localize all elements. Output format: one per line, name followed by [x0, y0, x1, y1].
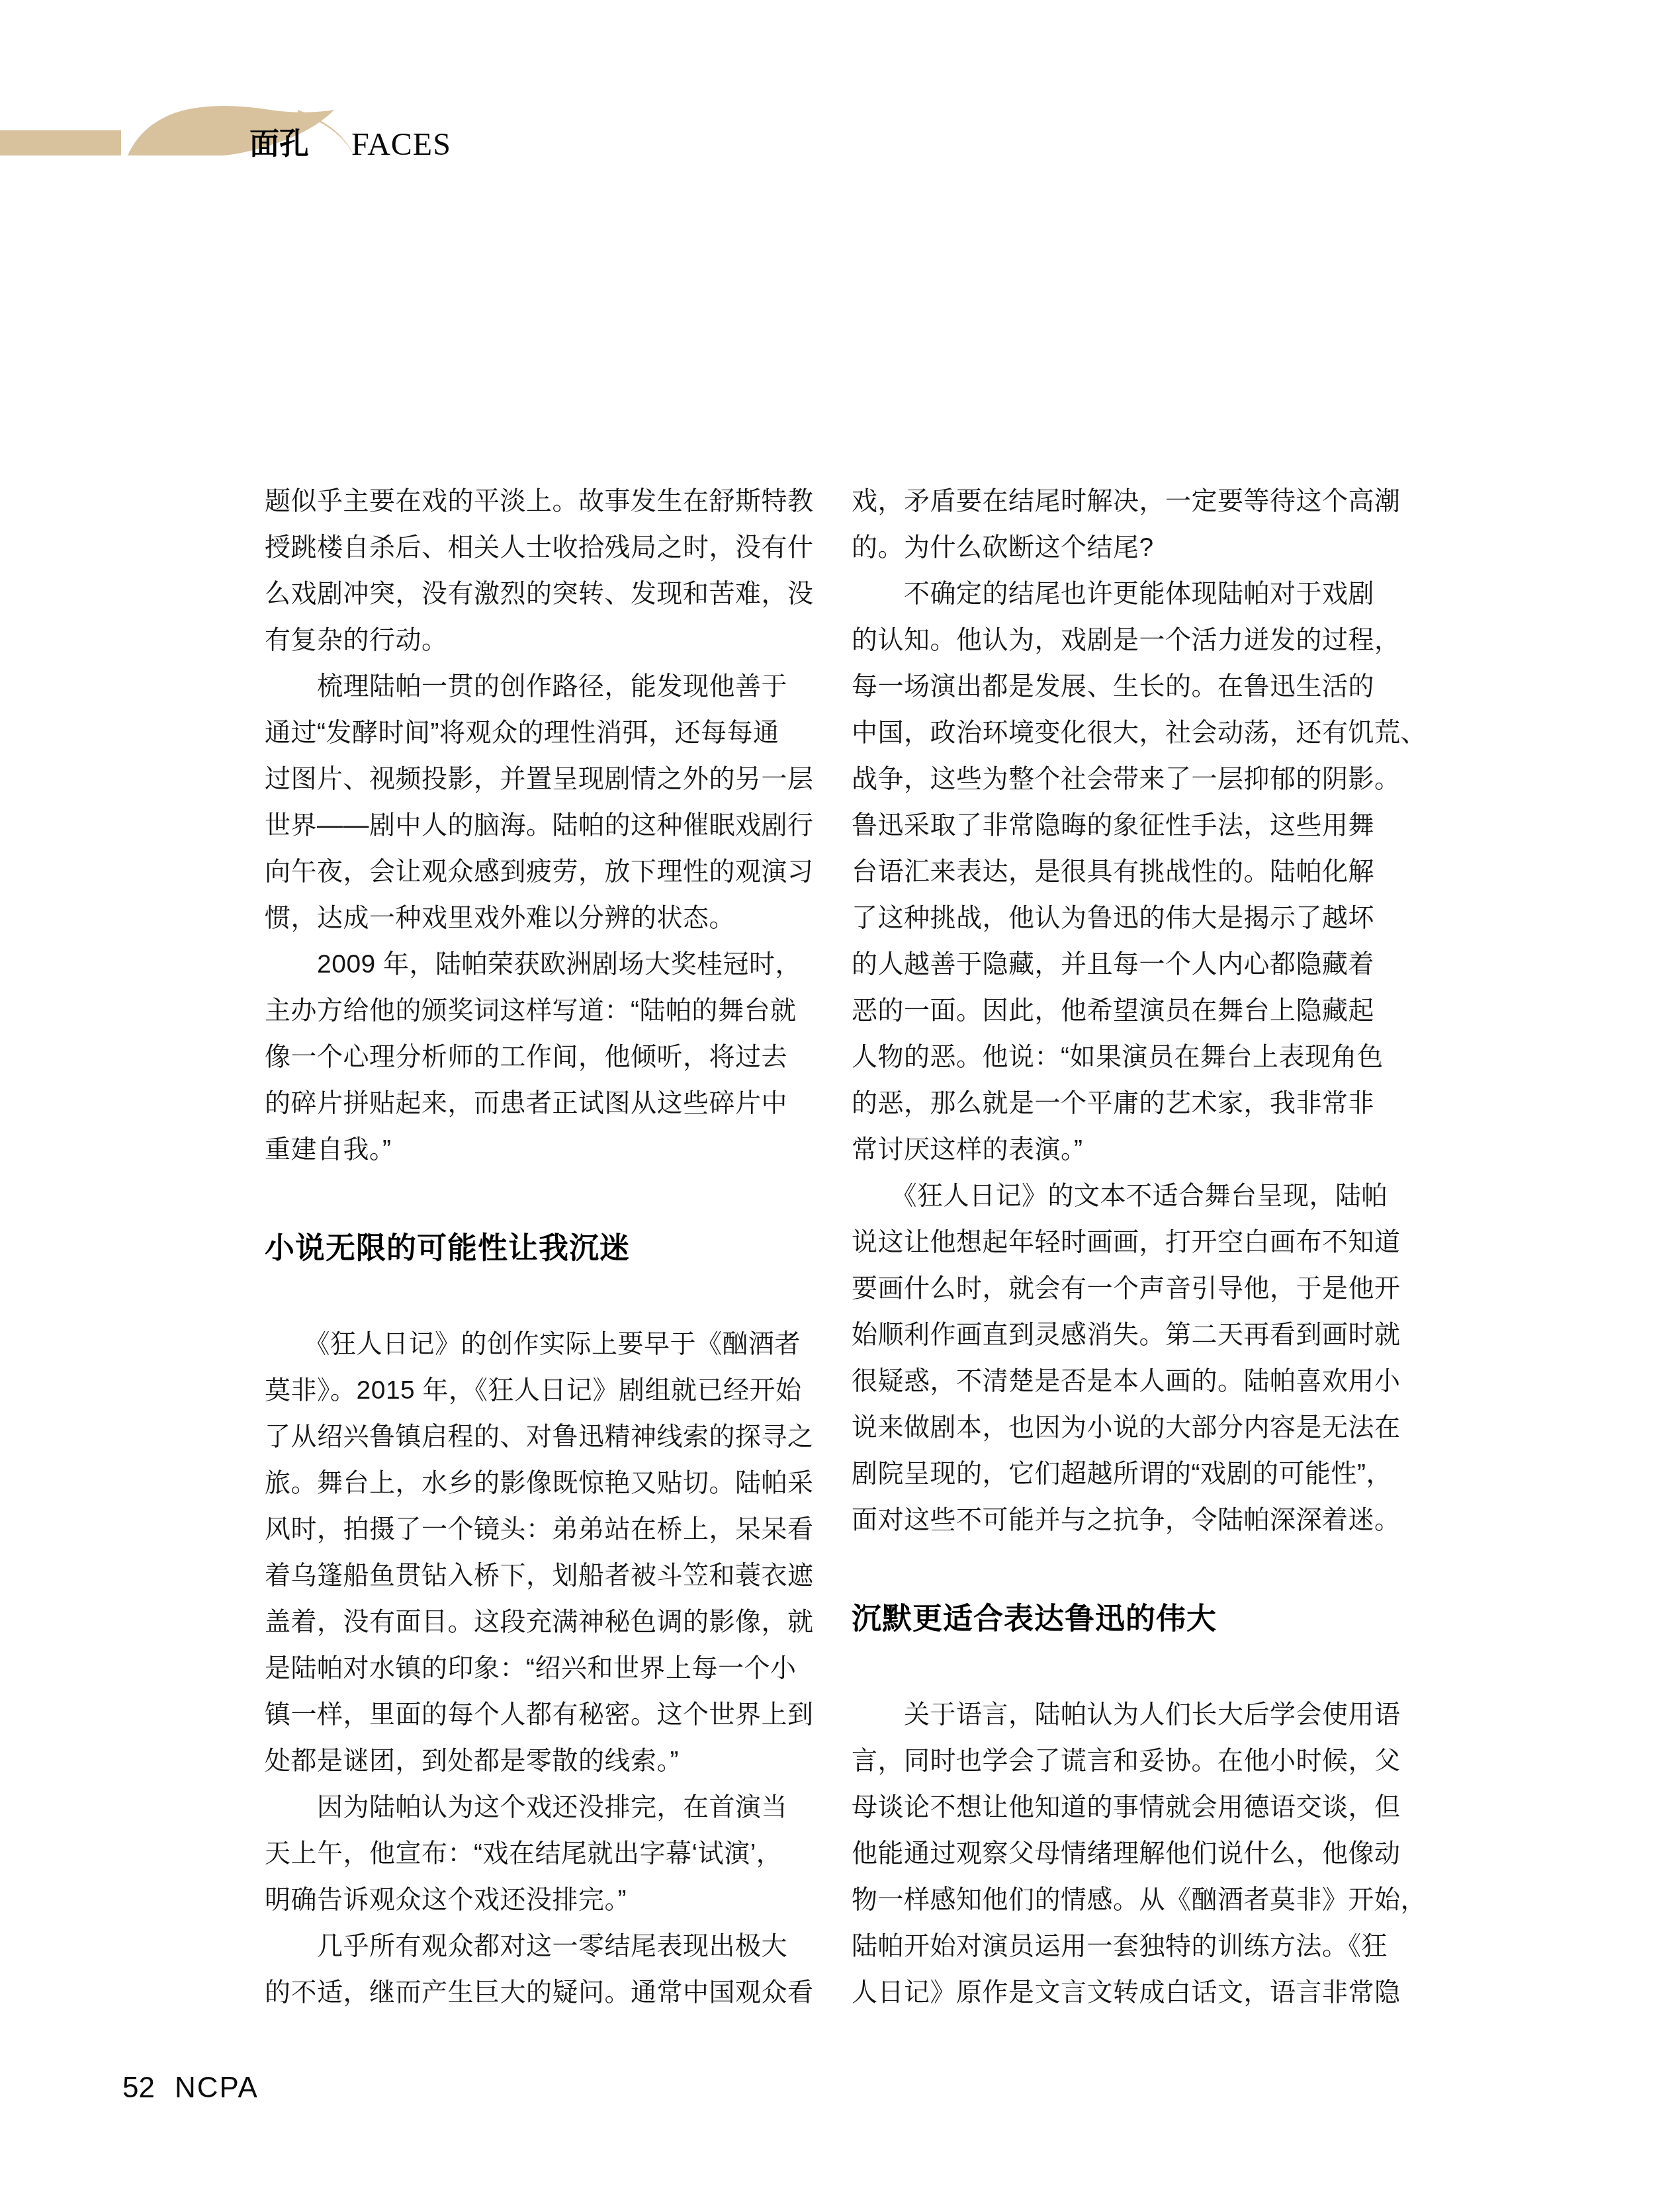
- text-line: 的碎片拼贴起来，而患者正试图从这些碎片中: [265, 1080, 813, 1127]
- paragraph: 关于语言，陆帕认为人们长大后学会使用语言，同时也学会了谎言和妥协。在他小时候，父…: [852, 1692, 1399, 2016]
- text-line: 了从绍兴鲁镇启程的、对鲁迅精神线索的探寻之: [265, 1414, 813, 1460]
- text-line: 战争，这些为整个社会带来了一层抑郁的阴影。: [852, 756, 1399, 803]
- paragraph: 梳理陆帕一贯的创作路径，能发现他善于通过“发酵时间”将观众的理性消弭，还每每通过…: [265, 664, 813, 941]
- text-line: 陆帕开始对演员运用一套独特的训练方法。《狂: [852, 1923, 1399, 1970]
- text-line: 小说无限的可能性让我沉迷: [265, 1229, 813, 1268]
- text-line: 他能通过观察父母情绪理解他们说什么，他像动: [852, 1831, 1399, 1877]
- text-line: 人物的恶。他说：“如果演员在舞台上表现角色: [852, 1034, 1399, 1080]
- section-heading: 小说无限的可能性让我沉迷: [265, 1229, 813, 1268]
- text-line: 的恶，那么就是一个平庸的艺术家，我非常非: [852, 1080, 1399, 1127]
- article-column-left: 题似乎主要在戏的平淡上。故事发生在舒斯特教授跳楼自杀后、相关人士收拾残局之时，没…: [265, 478, 813, 2016]
- text-line: 沉默更适合表达鲁迅的伟大: [852, 1599, 1399, 1639]
- text-line: 戏，矛盾要在结尾时解决，一定要等待这个高潮: [852, 478, 1399, 525]
- text-line: 因为陆帕认为这个戏还没排完，在首演当: [265, 1784, 813, 1831]
- paragraph: 几乎所有观众都对这一零结尾表现出极大的不适，继而产生巨大的疑问。通常中国观众看: [265, 1923, 813, 2016]
- text-line: 天上午，他宣布：“戏在结尾就出字幕‘试演’，: [265, 1831, 813, 1877]
- magazine-page: 面孔 FACES 题似乎主要在戏的平淡上。故事发生在舒斯特教授跳楼自杀后、相关人…: [0, 0, 1680, 2188]
- section-heading: 沉默更适合表达鲁迅的伟大: [852, 1599, 1399, 1639]
- text-line: 有复杂的行动。: [265, 617, 813, 664]
- text-line: 鲁迅采取了非常隐晦的象征性手法，这些用舞: [852, 803, 1399, 849]
- paragraph: 题似乎主要在戏的平淡上。故事发生在舒斯特教授跳楼自杀后、相关人士收拾残局之时，没…: [265, 478, 813, 664]
- article-column-right: 戏，矛盾要在结尾时解决，一定要等待这个高潮的。为什么砍断这个结尾? 不确定的结尾…: [852, 478, 1399, 2016]
- text-line: 中国，政治环境变化很大，社会动荡，还有饥荒、: [852, 710, 1399, 756]
- text-line: 《狂人日记》的创作实际上要早于《酗酒者: [265, 1321, 813, 1368]
- text-line: 不确定的结尾也许更能体现陆帕对于戏剧: [852, 571, 1399, 617]
- magazine-brand: NCPA: [175, 2072, 259, 2104]
- text-line: 了这种挑战，他认为鲁迅的伟大是揭示了越坏: [852, 895, 1399, 941]
- paragraph: 不确定的结尾也许更能体现陆帕对于戏剧的认知。他认为，戏剧是一个活力迸发的过程，每…: [852, 571, 1399, 1173]
- text-line: 莫非》。2015 年，《狂人日记》剧组就已经开始: [265, 1368, 813, 1414]
- text-line: 剧院呈现的，它们超越所谓的“戏剧的可能性”，: [852, 1451, 1399, 1497]
- page-footer: 52NCPA: [122, 2071, 259, 2105]
- text-line: 《狂人日记》的文本不适合舞台呈现，陆帕: [852, 1173, 1399, 1219]
- text-line: 题似乎主要在戏的平淡上。故事发生在舒斯特教: [265, 478, 813, 525]
- paragraph: 《狂人日记》的文本不适合舞台呈现，陆帕说这让他想起年轻时画画，打开空白画布不知道…: [852, 1173, 1399, 1544]
- text-line: 处都是谜团，到处都是零散的线索。”: [265, 1738, 813, 1784]
- text-line: 像一个心理分析师的工作间，他倾听，将过去: [265, 1034, 813, 1080]
- text-line: 很疑惑，不清楚是否是本人画的。陆帕喜欢用小: [852, 1358, 1399, 1405]
- text-line: 常讨厌这样的表演。”: [852, 1127, 1399, 1173]
- text-line: 关于语言，陆帕认为人们长大后学会使用语: [852, 1692, 1399, 1738]
- text-line: 说这让他想起年轻时画画，打开空白画布不知道: [852, 1219, 1399, 1266]
- text-line: 风时，拍摄了一个镜头：弟弟站在桥上，呆呆看: [265, 1507, 813, 1553]
- text-line: 言，同时也学会了谎言和妥协。在他小时候，父: [852, 1738, 1399, 1784]
- page-number: 52: [122, 2072, 155, 2104]
- text-line: 的认知。他认为，戏剧是一个活力迸发的过程，: [852, 617, 1399, 664]
- text-line: 重建自我。”: [265, 1127, 813, 1173]
- logo-band: [0, 130, 121, 155]
- text-line: 始顺利作画直到灵感消失。第二天再看到画时就: [852, 1312, 1399, 1358]
- paragraph: 因为陆帕认为这个戏还没排完，在首演当天上午，他宣布：“戏在结尾就出字幕‘试演’，…: [265, 1784, 813, 1923]
- paragraph: 2009 年，陆帕荣获欧洲剧场大奖桂冠时，主办方给他的颁奖词这样写道：“陆帕的舞…: [265, 941, 813, 1173]
- text-line: 的。为什么砍断这个结尾?: [852, 525, 1399, 571]
- paragraph: 戏，矛盾要在结尾时解决，一定要等待这个高潮的。为什么砍断这个结尾?: [852, 478, 1399, 571]
- text-line: 恶的一面。因此，他希望演员在舞台上隐藏起: [852, 988, 1399, 1034]
- text-line: 授跳楼自杀后、相关人士收拾残局之时，没有什: [265, 525, 813, 571]
- paragraph: 《狂人日记》的创作实际上要早于《酗酒者莫非》。2015 年，《狂人日记》剧组就已…: [265, 1321, 813, 1784]
- text-line: 几乎所有观众都对这一零结尾表现出极大: [265, 1923, 813, 1970]
- text-line: 通过“发酵时间”将观众的理性消弭，还每每通: [265, 710, 813, 756]
- text-line: 每一场演出都是发展、生长的。在鲁迅生活的: [852, 664, 1399, 710]
- text-line: 面对这些不可能并与之抗争，令陆帕深深着迷。: [852, 1497, 1399, 1544]
- text-line: 明确告诉观众这个戏还没排完。”: [265, 1877, 813, 1923]
- text-line: 向午夜，会让观众感到疲劳，放下理性的观演习: [265, 849, 813, 895]
- text-line: 世界——剧中人的脑海。陆帕的这种催眠戏剧行: [265, 803, 813, 849]
- text-line: 人日记》原作是文言文转成白话文，语言非常隐: [852, 1970, 1399, 2016]
- section-title-en: FACES: [351, 127, 451, 162]
- text-line: 要画什么时，就会有一个声音引导他，于是他开: [852, 1266, 1399, 1312]
- text-line: 梳理陆帕一贯的创作路径，能发现他善于: [265, 664, 813, 710]
- text-line: 主办方给他的颁奖词这样写道：“陆帕的舞台就: [265, 988, 813, 1034]
- text-line: 惯，达成一种戏里戏外难以分辨的状态。: [265, 895, 813, 941]
- text-line: 2009 年，陆帕荣获欧洲剧场大奖桂冠时，: [265, 941, 813, 988]
- section-title-cn: 面孔: [249, 127, 309, 161]
- text-line: 的不适，继而产生巨大的疑问。通常中国观众看: [265, 1970, 813, 2016]
- text-line: 母谈论不想让他知道的事情就会用德语交谈，但: [852, 1784, 1399, 1831]
- text-line: 着乌篷船鱼贯钻入桥下，划船者被斗笠和蓑衣遮: [265, 1553, 813, 1599]
- text-line: 物一样感知他们的情感。从《酗酒者莫非》开始，: [852, 1877, 1399, 1923]
- text-line: 盖着，没有面目。这段充满神秘色调的影像，就: [265, 1599, 813, 1645]
- text-line: 台语汇来表达，是很具有挑战性的。陆帕化解: [852, 849, 1399, 895]
- text-line: 说来做剧本，也因为小说的大部分内容是无法在: [852, 1405, 1399, 1451]
- section-logo: 面孔 FACES: [0, 99, 503, 179]
- text-line: 是陆帕对水镇的印象：“绍兴和世界上每一个小: [265, 1645, 813, 1692]
- text-line: 过图片、视频投影，并置呈现剧情之外的另一层: [265, 756, 813, 803]
- text-line: 的人越善于隐藏，并且每一个人内心都隐藏着: [852, 941, 1399, 988]
- text-line: 么戏剧冲突，没有激烈的突转、发现和苦难，没: [265, 571, 813, 617]
- text-line: 旅。舞台上，水乡的影像既惊艳又贴切。陆帕采: [265, 1460, 813, 1507]
- text-line: 镇一样，里面的每个人都有秘密。这个世界上到: [265, 1692, 813, 1738]
